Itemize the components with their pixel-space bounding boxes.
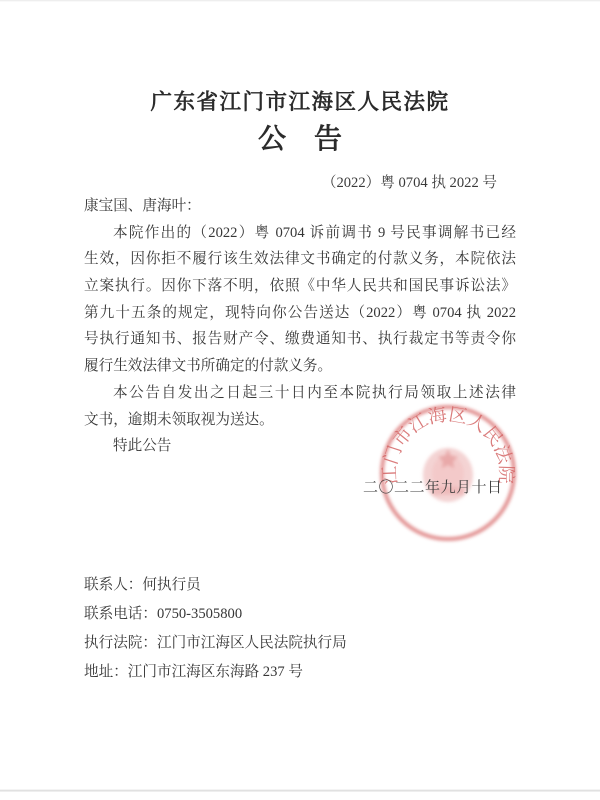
body-line: 立案执行。因你下落不明，依照《中华人民共和国民事诉讼法》 bbox=[84, 273, 516, 300]
body-line: 号执行通知书、报告财产令、缴费通知书、执行裁定书等责令你 bbox=[84, 326, 516, 353]
body-line: 第九十五条的规定，现特向你公告送达（2022）粤 0704 执 2022 bbox=[84, 300, 516, 327]
executing-court-value: 江门市江海区人民法院执行局 bbox=[157, 635, 347, 651]
contact-info: 联系人：何执行员 联系电话：0750-3505800 执行法院：江门市江海区人民… bbox=[84, 571, 347, 687]
address-label: 地址： bbox=[84, 664, 128, 680]
official-court-seal: 江门市江海区人民法院 bbox=[376, 401, 520, 545]
address-row: 地址：江门市江海区东海路 237 号 bbox=[84, 658, 347, 687]
contact-person-row: 联系人：何执行员 bbox=[84, 571, 347, 600]
body-line: 生效，因你拒不履行该生效法律文书确定的付款义务，本院依法 bbox=[84, 246, 516, 273]
contact-phone-label: 联系电话： bbox=[84, 606, 157, 622]
case-number: （2022）粤 0704 执 2022 号 bbox=[322, 171, 497, 192]
page-edge-shadow-top bbox=[0, 0, 600, 2]
contact-person-value: 何执行员 bbox=[142, 577, 200, 593]
scanned-court-notice-page: 广东省江门市江海区人民法院 公 告 （2022）粤 0704 执 2022 号 … bbox=[0, 0, 600, 800]
contact-person-label: 联系人： bbox=[84, 577, 142, 593]
issue-date: 二〇二二年九月十日 bbox=[363, 476, 503, 497]
recipient-salutation: 康宝国、唐海叶： bbox=[84, 193, 516, 220]
announcement-title: 公 告 bbox=[0, 117, 600, 157]
body-line: 履行生效法律文书所确定的付款义务。 bbox=[84, 353, 516, 380]
court-name: 广东省江门市江海区人民法院 bbox=[0, 85, 600, 116]
address-value: 江门市江海区东海路 237 号 bbox=[128, 664, 303, 680]
page-edge-shadow-bottom bbox=[0, 789, 600, 792]
executing-court-label: 执行法院： bbox=[84, 635, 157, 651]
contact-phone-row: 联系电话：0750-3505800 bbox=[84, 600, 347, 629]
contact-phone-value: 0750-3505800 bbox=[157, 606, 242, 622]
body-line: 本院作出的（2022）粤 0704 诉前调书 9 号民事调解书已经 bbox=[84, 220, 516, 247]
executing-court-row: 执行法院：江门市江海区人民法院执行局 bbox=[84, 629, 347, 658]
